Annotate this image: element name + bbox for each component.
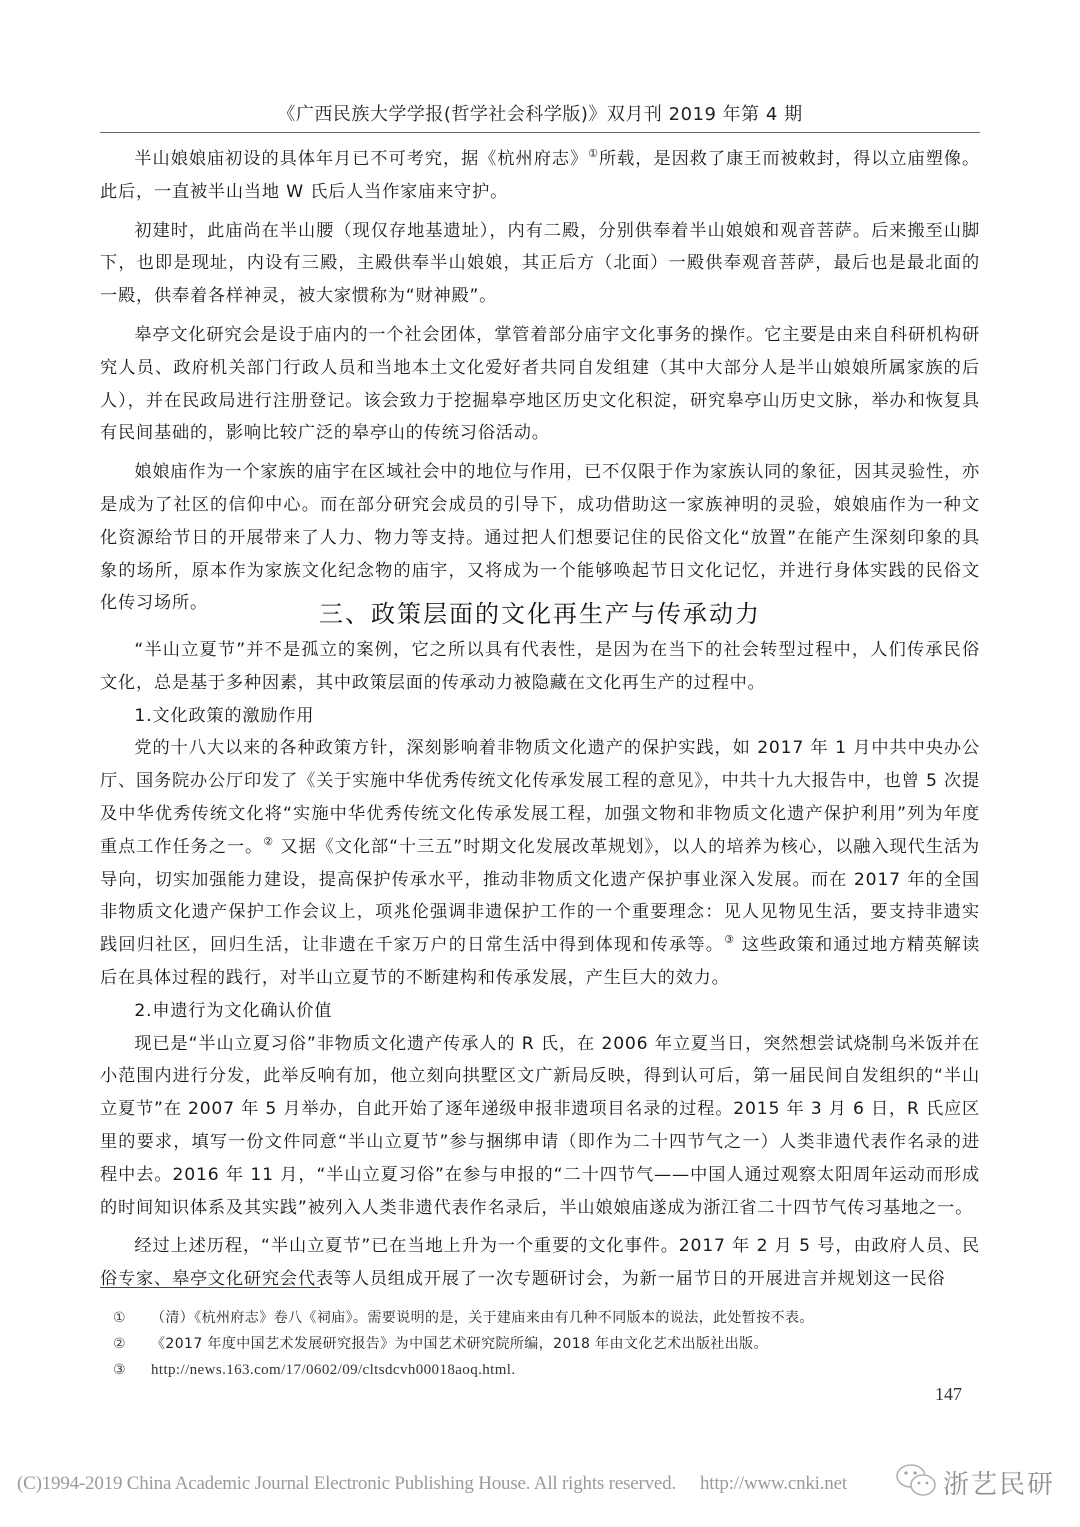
journal-header: 《广西民族大学学报(哲学社会科学版)》双月刊 2019 年第 4 期 <box>100 100 980 126</box>
footnote-3: ③ http://news.163.com/17/0602/09/cltsdcv… <box>113 1357 973 1383</box>
section-intro: “半山立夏节”并不是孤立的案例，它之所以具有代表性，是因为在当下的社会转型过程中… <box>100 634 980 700</box>
subsection-heading-2: 2.申遗行为文化确认价值 <box>100 995 980 1028</box>
footnote-2: ② 《2017 年度中国艺术发展研究报告》为中国艺术研究院所编，2018 年由文… <box>113 1331 973 1357</box>
paragraph-3: 皋亭文化研究会是设于庙内的一个社会团体，掌管着部分庙宇文化事务的操作。它主要是由… <box>100 319 980 450</box>
paragraph-text: 半山娘娘庙初设的具体年月已不可考究，据《杭州府志》 <box>134 149 588 169</box>
subsection-heading-1: 1.文化政策的激励作用 <box>100 700 980 733</box>
body-top: 半山娘娘庙初设的具体年月已不可考究，据《杭州府志》①所载，是因救了康王而被敕封，… <box>100 143 980 620</box>
footnote-mark: ② <box>113 1331 151 1357</box>
header-rule <box>100 132 980 133</box>
copyright-notice: (C)1994-2019 China Academic Journal Elec… <box>17 1473 847 1495</box>
section-title: 三、政策层面的文化再生产与传承动力 <box>100 594 980 629</box>
watermark-text: 浙艺民研 <box>943 1464 1055 1501</box>
footnote-link[interactable]: http://news.163.com/17/0602/09/cltsdcvh0… <box>151 1357 516 1383</box>
footnote-rule <box>100 1287 320 1288</box>
paragraph-2: 初建时，此庙尚在半山腰（现仅存地基遗址），内有二殿，分别供奉着半山娘娘和观音菩萨… <box>100 215 980 313</box>
footnote-ref-2[interactable]: ② <box>263 835 274 848</box>
footnotes: ① （清）《杭州府志》卷八《祠庙》。需要说明的是，关于建庙来由有几种不同版本的说… <box>113 1305 973 1383</box>
footnote-text: （清）《杭州府志》卷八《祠庙》。需要说明的是，关于建庙来由有几种不同版本的说法，… <box>151 1305 814 1331</box>
footnote-1: ① （清）《杭州府志》卷八《祠庙》。需要说明的是，关于建庙来由有几种不同版本的说… <box>113 1305 973 1331</box>
paragraph-1: 半山娘娘庙初设的具体年月已不可考究，据《杭州府志》①所载，是因救了康王而被敕封，… <box>100 143 980 209</box>
footnote-mark: ③ <box>113 1357 151 1383</box>
page-number: 147 <box>935 1384 962 1405</box>
footnote-ref-3[interactable]: ③ <box>724 933 735 946</box>
cnki-link[interactable]: http://www.cnki.net <box>700 1473 847 1494</box>
wechat-icon <box>893 1460 941 1504</box>
subsection-2-paragraph-1: 现已是“半山立夏习俗”非物质文化遗产传承人的 R 氏，在 2006 年立夏当日，… <box>100 1028 980 1225</box>
footnote-ref-1[interactable]: ① <box>588 147 599 160</box>
copyright-text: (C)1994-2019 China Academic Journal Elec… <box>17 1473 676 1494</box>
section-body: “半山立夏节”并不是孤立的案例，它之所以具有代表性，是因为在当下的社会转型过程中… <box>100 634 980 1296</box>
footnote-text: 《2017 年度中国艺术发展研究报告》为中国艺术研究院所编，2018 年由文化艺… <box>151 1331 768 1357</box>
footnote-mark: ① <box>113 1305 151 1331</box>
watermark: 浙艺民研 <box>893 1460 1055 1504</box>
subsection-1-paragraph: 党的十八大以来的各种政策方针，深刻影响着非物质文化遗产的保护实践，如 2017 … <box>100 732 980 994</box>
